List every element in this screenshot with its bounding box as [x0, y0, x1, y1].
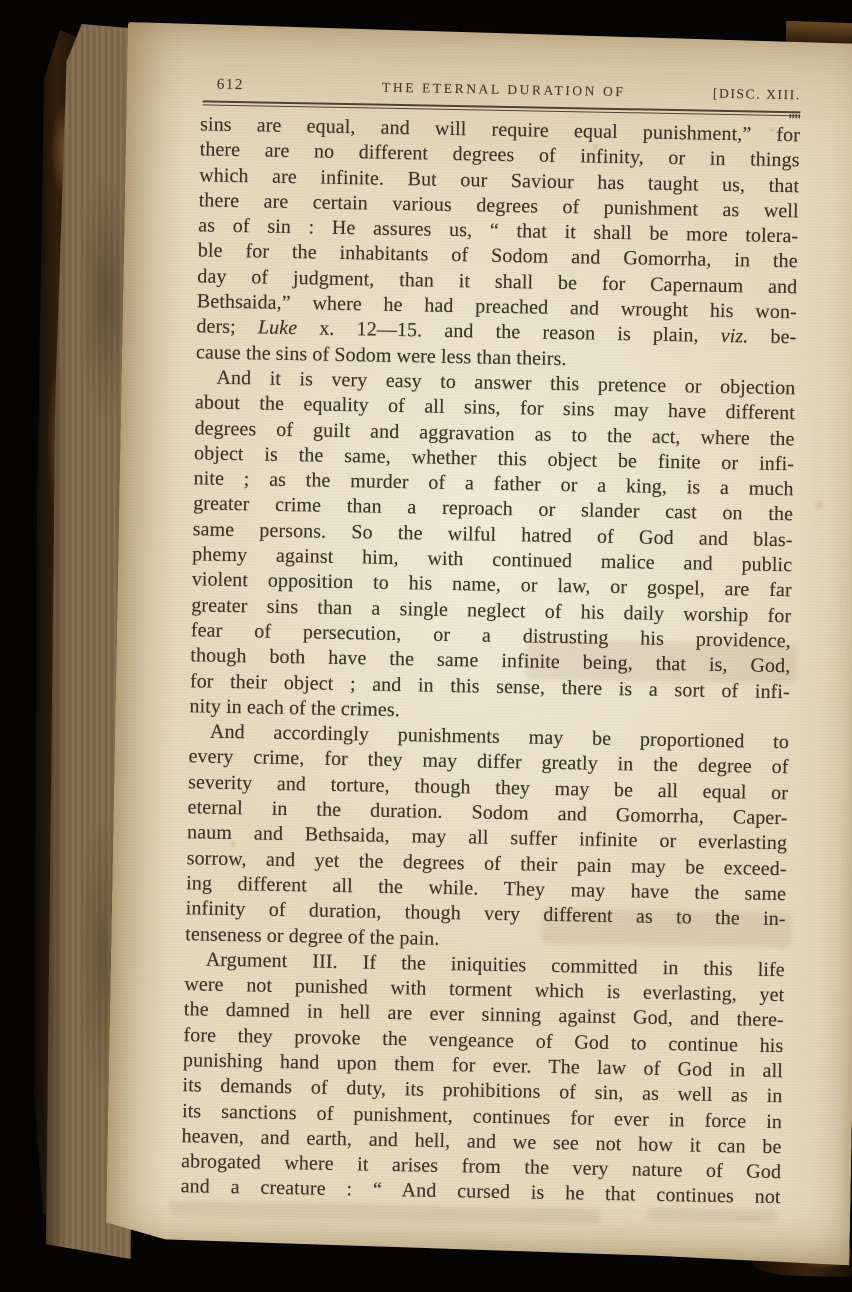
body-text: sins are equal, and will require equal p… — [180, 112, 800, 1211]
section-label: [DISC. XIII. — [661, 84, 801, 105]
cover-corner-top-right — [786, 21, 852, 45]
book-page: 612 THE ETERNAL DURATION OF [DISC. XIII.… — [105, 22, 852, 1265]
scanned-book-photo: 612 THE ETERNAL DURATION OF [DISC. XIII.… — [0, 0, 852, 1292]
printed-content: 612 THE ETERNAL DURATION OF [DISC. XIII.… — [180, 75, 801, 1211]
running-title: THE ETERNAL DURATION OF — [347, 78, 661, 102]
page-header: 612 THE ETERNAL DURATION OF [DISC. XIII. — [201, 75, 801, 104]
page-number: 612 — [201, 75, 347, 96]
